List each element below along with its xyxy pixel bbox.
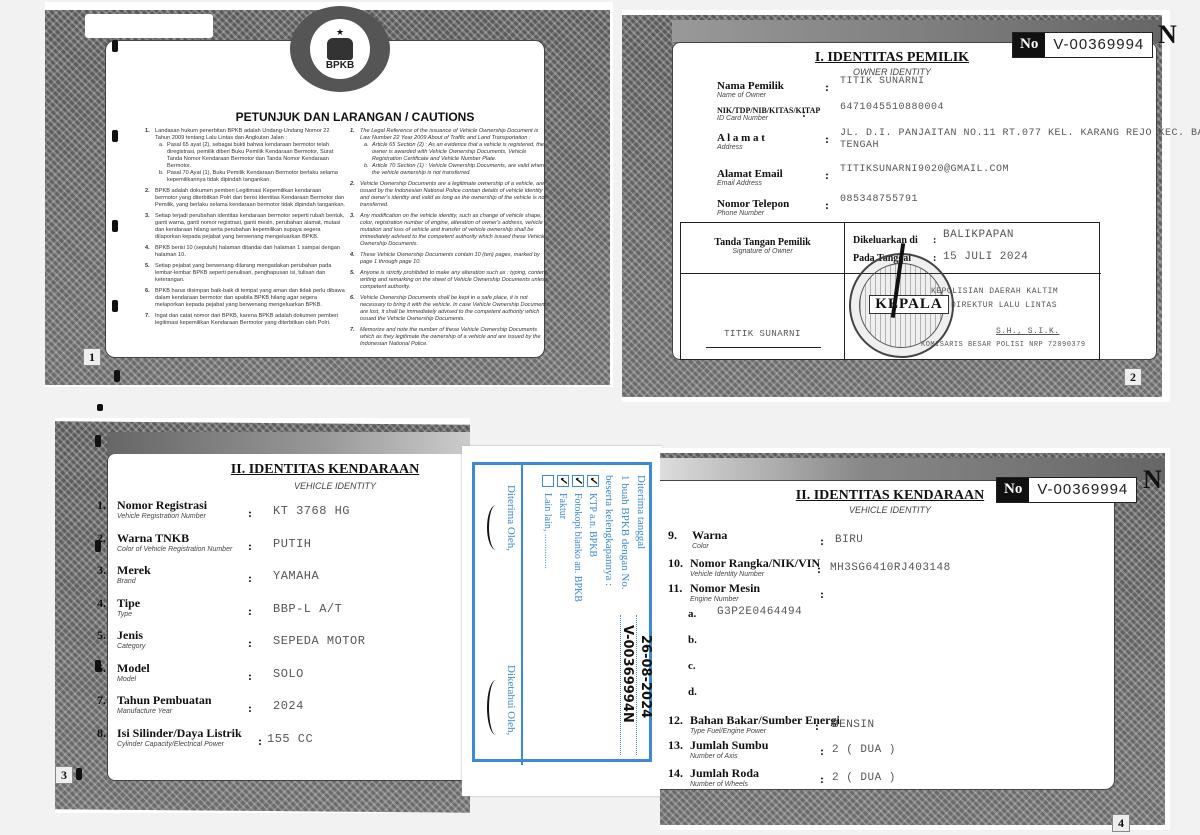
page-number: 4 xyxy=(1112,814,1130,832)
binder-hole xyxy=(112,40,118,52)
colon: : xyxy=(820,772,824,787)
logo-text: BPKB xyxy=(326,60,354,71)
colon: : xyxy=(248,571,252,586)
page-1-cautions: ★ BPKB PETUNJUK DAN LARANGAN / CAUTIONS … xyxy=(45,2,613,387)
caution-subitem: a.Article 65 Section (2) : As an evidenc… xyxy=(364,142,550,163)
vehicle-field-sublabel: Vehicle Identity Number xyxy=(690,571,820,578)
engine-number-index: a. xyxy=(688,608,696,620)
vehicle-field-sublabel: Type xyxy=(117,611,140,618)
caution-text: Vehicle Ownership Documents are a legiti… xyxy=(360,181,550,209)
checkbox-empty-icon xyxy=(542,475,554,487)
vehicle-field-value: MH3SG6410RJ403148 xyxy=(830,562,951,574)
vehicle-field-label: Isi Silinder/Daya ListrikCylinder Capaci… xyxy=(117,726,242,748)
acknowledged-signature xyxy=(487,680,505,735)
caution-text: These Vehicle Ownership Documents contai… xyxy=(360,252,550,266)
series-letter: N xyxy=(1143,465,1162,495)
owner-field-sublabel: Name of Owner xyxy=(717,92,784,99)
caution-text: Landasan hukum penerbitan BPKB adalah Un… xyxy=(155,128,345,184)
engine-number-index: b. xyxy=(688,634,697,646)
vehicle-field-label: Warna TNKBColor of Vehicle Registration … xyxy=(117,531,232,553)
caution-item: 1.The Legal Reference of the issuance of… xyxy=(350,128,550,177)
section-title: II. IDENTITAS KENDARAAN xyxy=(205,462,445,478)
owner-field-label: Nomor TeleponPhone Number xyxy=(717,198,789,217)
vehicle-field-label: WarnaColor xyxy=(692,528,727,550)
colon: : xyxy=(248,701,252,716)
vehicle-field-number: 1. xyxy=(97,498,106,513)
checklist-label: Fotokopi blanko an. BPKB xyxy=(573,493,584,602)
bpkb-logo: ★ BPKB xyxy=(290,6,390,92)
checklist-item: Lain lain, .............. xyxy=(542,475,554,602)
caution-item: 5.Setiap pejabat yang berwenang dilarang… xyxy=(145,263,345,284)
colon: : xyxy=(248,669,252,684)
colon: : xyxy=(802,106,806,121)
checklist-label: Faktur xyxy=(558,493,569,519)
colon: : xyxy=(825,168,829,183)
colon: : xyxy=(825,198,829,213)
owner-signature-name: TITIK SUNARNI xyxy=(681,329,844,339)
vehicle-field-label: MerekBrand xyxy=(117,563,151,585)
owner-field-label: Nama PemilikName of Owner xyxy=(717,80,784,99)
binder-hole xyxy=(114,370,120,382)
caution-text: Memorize and note the number of these Ve… xyxy=(360,327,550,348)
series-letter: N xyxy=(1158,20,1177,50)
caution-item: 6.Vehicle Ownership Documents shall be k… xyxy=(350,295,550,323)
colon: : xyxy=(820,534,824,549)
caution-text: Vehicle Ownership Documents shall be kep… xyxy=(360,295,550,323)
colon: : xyxy=(248,506,252,521)
binder-hole xyxy=(95,435,101,447)
vehicle-field-value: SEPEDA MOTOR xyxy=(273,634,365,648)
caution-text: Any modification on the vehicle identity… xyxy=(360,213,550,248)
vehicle-field-value: YAMAHA xyxy=(273,569,319,583)
vehicle-field-sublabel: Number of Axis xyxy=(690,753,768,760)
vehicle-field-number: 3. xyxy=(97,563,106,578)
page-3-vehicle-identity: II. IDENTITAS KENDARAAN VEHICLE IDENTITY… xyxy=(55,418,470,813)
caution-text: BPKB harus disimpan baik-baik di tempat … xyxy=(155,288,345,309)
caution-item: 4.BPKB berisi 10 (sepuluh) halaman ditan… xyxy=(145,245,345,259)
caution-number: 5. xyxy=(350,270,360,291)
vehicle-field-value: PUTIH xyxy=(273,537,312,551)
colon: : xyxy=(815,719,819,734)
page-number: 2 xyxy=(1124,368,1142,386)
vehicle-field-number: 12. xyxy=(668,713,683,728)
owner-field-value: 085348755791 xyxy=(840,194,918,205)
colon: : xyxy=(825,80,829,95)
binder-hole xyxy=(95,540,101,552)
engine-number-value: G3P2E0464494 xyxy=(717,606,802,618)
receipt-divider xyxy=(521,465,523,765)
caution-text: BPKB adalah dokumen pemberi Legitimasi K… xyxy=(155,188,345,209)
engine-number-index: c. xyxy=(688,660,696,672)
vehicle-field-value: 2 ( DUA ) xyxy=(832,772,896,784)
vehicle-field-sublabel: Vehicle Registration Number xyxy=(117,513,207,520)
vehicle-field-value: 2024 xyxy=(273,699,304,713)
caution-number: 2. xyxy=(145,188,155,209)
caution-item: 3.Setiap terjadi perubahan identitas ken… xyxy=(145,213,345,241)
colon: : xyxy=(248,604,252,619)
checklist-item: ✓Fotokopi blanko an. BPKB xyxy=(572,475,584,602)
vehicle-field-value: BENSIN xyxy=(832,719,875,731)
serial-number-box: No V-00369994 xyxy=(1012,32,1153,58)
binder-hole xyxy=(76,768,82,780)
caution-number: 6. xyxy=(350,295,360,323)
issued-at-value: BALIKPAPAN xyxy=(943,229,1014,241)
cautions-english-list: 1.The Legal Reference of the issuance of… xyxy=(350,128,550,352)
vehicle-field-label: ModelModel xyxy=(117,661,150,683)
caution-text: The Legal Reference of the issuance of V… xyxy=(360,128,550,177)
engine-number-index: d. xyxy=(688,686,697,698)
receipt-line-3: beserta kelengkapannya : xyxy=(603,475,615,586)
page-number: 3 xyxy=(55,766,73,784)
vehicle-field-label: Nomor RegistrasiVehicle Registration Num… xyxy=(117,498,207,520)
vehicle-field-value: 2 ( DUA ) xyxy=(832,744,896,756)
official-rank: KOMISARIS BESAR POLISI NRP 72090379 xyxy=(921,341,1086,349)
caution-number: 7. xyxy=(145,313,155,327)
owner-field-sublabel: Address xyxy=(717,144,765,151)
caution-item: 4.These Vehicle Ownership Documents cont… xyxy=(350,252,550,266)
vehicle-field-sublabel: Category xyxy=(117,643,145,650)
vehicle-field-label: Nomor Rangka/NIK/VINVehicle Identity Num… xyxy=(690,556,820,578)
owner-signature-line xyxy=(706,347,821,348)
owner-field-value: 6471045510880004 xyxy=(840,102,944,113)
page-2-owner-identity: I. IDENTITAS PEMILIK OWNER IDENTITY Nama… xyxy=(622,10,1170,402)
serial-no-value: V-00369994 xyxy=(1029,478,1136,502)
owner-field-sublabel: Email Address xyxy=(717,180,783,187)
owner-field-label: Alamat EmailEmail Address xyxy=(717,168,783,187)
page-header-strip xyxy=(107,432,470,454)
vehicle-field-sublabel: Color of Vehicle Registration Number xyxy=(117,546,232,553)
crest-icon xyxy=(327,38,353,60)
colon: : xyxy=(820,587,824,602)
colon: : xyxy=(248,539,252,554)
caution-number: 1. xyxy=(145,128,155,184)
vehicle-field-number: 9. xyxy=(668,528,677,543)
vehicle-field-label: Jumlah SumbuNumber of Axis xyxy=(690,738,768,760)
owner-signature-label: Tanda Tangan Pemilik Signature of Owner xyxy=(681,237,844,255)
caution-number: 6. xyxy=(145,288,155,309)
checklist-item: ✓KTP a.n. BPKB xyxy=(587,475,599,602)
cautions-title: PETUNJUK DAN LARANGAN / CAUTIONS xyxy=(225,110,485,124)
checklist-item: ✓Faktur xyxy=(557,475,569,602)
vehicle-field-value: KT 3768 HG xyxy=(273,504,350,518)
binder-hole xyxy=(95,660,101,672)
caution-subitem: b.Article 70 Section (1) : Vehicle Owner… xyxy=(364,163,550,177)
vehicle-field-number: 10. xyxy=(668,556,683,571)
caution-item: 5.Anyone is strictly prohibited to make … xyxy=(350,270,550,291)
caution-item: 3.Any modification on the vehicle identi… xyxy=(350,213,550,248)
vehicle-field-number: 11. xyxy=(668,581,682,596)
redaction-bar xyxy=(85,14,213,38)
colon: : xyxy=(817,562,821,577)
star-icon: ★ xyxy=(336,27,344,38)
vehicle-field-sublabel: Number of Wheels xyxy=(690,781,759,788)
binder-hole xyxy=(112,130,118,142)
serial-number-box: No V-00369994 xyxy=(996,477,1137,503)
caution-text: BPKB berisi 10 (sepuluh) halaman ditanda… xyxy=(155,245,345,259)
vehicle-field-value: SOLO xyxy=(273,667,304,681)
receipt-date-dots xyxy=(636,615,637,755)
vehicle-field-number: 4. xyxy=(97,596,106,611)
vehicle-field-label: JenisCategory xyxy=(117,628,145,650)
owner-field-value: JL. D.I. PANJAITAN NO.11 RT.077 KEL. KAR… xyxy=(840,128,1200,139)
caution-text: Setiap pejabat yang berwenang dilarang m… xyxy=(155,263,345,284)
vehicle-field-label: Jumlah RodaNumber of Wheels xyxy=(690,766,759,788)
checklist-label: KTP a.n. BPKB xyxy=(588,493,599,557)
acknowledged-by-label: Diketahui Oleh, xyxy=(505,665,517,735)
caution-text: Ingat dan catat nomor dari BPKB, karena … xyxy=(155,313,345,327)
vehicle-field-value: BBP-L A/T xyxy=(273,602,342,616)
receipt-checklist: ✓KTP a.n. BPKB✓Fotokopi blanko an. BPKB✓… xyxy=(539,475,599,602)
receipt-date-handwritten: 26-08-2024 xyxy=(638,635,653,718)
vehicle-field-sublabel: Manufacture Year xyxy=(117,708,212,715)
caution-number: 3. xyxy=(145,213,155,241)
colon: : xyxy=(258,734,262,749)
receipt-line-1: Diterima tanggal xyxy=(635,475,647,549)
colon: : xyxy=(248,636,252,651)
receipt-stamp: Diterima tanggal 1 buah BPKB dengan No. … xyxy=(472,462,652,762)
caution-number: 4. xyxy=(145,245,155,259)
checkbox-checked-icon: ✓ xyxy=(587,475,599,487)
checklist-label: Lain lain, .............. xyxy=(543,493,554,569)
vehicle-field-value: BIRU xyxy=(835,534,863,546)
caution-item: 1.Landasan hukum penerbitan BPKB adalah … xyxy=(145,128,345,184)
official-name: S.H., S.I.K. xyxy=(996,327,1060,336)
binder-hole xyxy=(112,220,118,232)
vehicle-field-sublabel: Brand xyxy=(117,578,151,585)
vehicle-field-number: 8. xyxy=(97,726,106,741)
caution-number: 4. xyxy=(350,252,360,266)
owner-field-value: TITIK SUNARNI xyxy=(840,76,925,87)
binder-hole xyxy=(97,404,103,411)
colon: : xyxy=(933,235,936,246)
owner-field-value: TITIKSUNARNI9020@GMAIL.COM xyxy=(840,164,1009,175)
vehicle-field-label: Tahun PembuatanManufacture Year xyxy=(117,693,212,715)
section-subtitle: VEHICLE IDENTITY xyxy=(235,481,435,491)
official-line-2: DIREKTUR LALU LINTAS xyxy=(951,301,1057,310)
section-subtitle: VEHICLE IDENTITY xyxy=(790,505,990,515)
owner-field-label: A l a m a tAddress xyxy=(717,132,765,151)
caution-text: Setiap terjadi perubahan identitas kenda… xyxy=(155,213,345,241)
section-title: II. IDENTITAS KENDARAAN xyxy=(790,488,990,504)
vehicle-field-number: 5. xyxy=(97,628,106,643)
vehicle-field-number: 14. xyxy=(668,766,683,781)
owner-field-sublabel: Phone Number xyxy=(717,210,789,217)
vehicle-field-number: 13. xyxy=(668,738,683,753)
caution-number: 1. xyxy=(350,128,360,177)
serial-no-value: V-00369994 xyxy=(1045,33,1152,57)
owner-field-value-cont: TENGAH xyxy=(840,140,879,151)
caution-number: 3. xyxy=(350,213,360,248)
serial-no-label: No xyxy=(997,478,1029,502)
caution-subitem: b.Pasal 70 Ayat (1), Buku Pemilik Kendar… xyxy=(159,170,345,184)
vehicle-field-label: Nomor MesinEngine Number xyxy=(690,581,760,603)
page-number: 1 xyxy=(83,348,101,366)
caution-number: 2. xyxy=(350,181,360,209)
receipt-stamp-rotated: Diterima tanggal 1 buah BPKB dengan No. … xyxy=(475,465,655,765)
receipt-line-2: 1 buah BPKB dengan No. xyxy=(619,475,631,590)
issued-date-value: 15 JULI 2024 xyxy=(943,251,1028,263)
vehicle-field-value: 155 CC xyxy=(267,732,313,746)
caution-number: 7. xyxy=(350,327,360,348)
caution-text: Anyone is strictly prohibited to make an… xyxy=(360,270,550,291)
caution-item: 6.BPKB harus disimpan baik-baik di tempa… xyxy=(145,288,345,309)
received-signature xyxy=(487,505,505,550)
caution-item: 7.Ingat dan catat nomor dari BPKB, karen… xyxy=(145,313,345,327)
caution-subitem: a.Pasal 65 ayat (2), sebagai bukti bahwa… xyxy=(159,142,345,170)
vehicle-field-sublabel: Color xyxy=(692,543,727,550)
cautions-indonesian-list: 1.Landasan hukum penerbitan BPKB adalah … xyxy=(145,128,345,331)
binder-hole xyxy=(112,300,118,312)
checkbox-checked-icon: ✓ xyxy=(572,475,584,487)
issued-at-label: Dikeluarkan di xyxy=(853,235,918,246)
vehicle-field-sublabel: Engine Number xyxy=(690,596,760,603)
checkbox-checked-icon: ✓ xyxy=(557,475,569,487)
stamp-text: KEPALA xyxy=(869,295,949,314)
signature-table: Tanda Tangan Pemilik Signature of Owner … xyxy=(680,222,1100,360)
section-title: I. IDENTITAS PEMILIK xyxy=(772,50,1012,66)
colon: : xyxy=(933,253,936,264)
vehicle-field-number: 7. xyxy=(97,693,106,708)
caution-item: 7.Memorize and note the number of these … xyxy=(350,327,550,348)
page-4-vehicle-identity: II. IDENTITAS KENDARAAN VEHICLE IDENTITY… xyxy=(660,448,1170,830)
serial-no-label: No xyxy=(1013,33,1045,57)
colon: : xyxy=(825,132,829,147)
caution-item: 2.Vehicle Ownership Documents are a legi… xyxy=(350,181,550,209)
colon: : xyxy=(820,744,824,759)
vehicle-field-sublabel: Cylinder Capacity/Electrical Power xyxy=(117,741,242,748)
caution-number: 5. xyxy=(145,263,155,284)
vehicle-field-label: TipeType xyxy=(117,596,140,618)
vehicle-field-sublabel: Model xyxy=(117,676,150,683)
caution-item: 2.BPKB adalah dokumen pemberi Legitimasi… xyxy=(145,188,345,209)
received-by-label: Diterima Oleh, xyxy=(505,485,517,551)
receipt-number-handwritten: V-00369994N xyxy=(620,625,635,723)
